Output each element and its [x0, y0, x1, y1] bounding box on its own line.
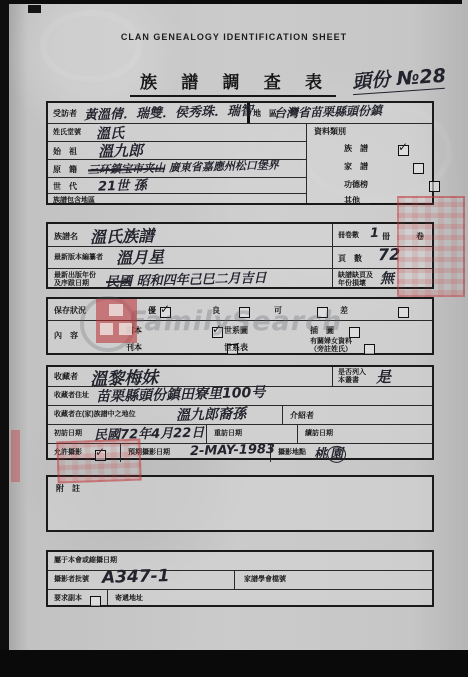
content-women-data-label: 有關婦女資料	[310, 338, 352, 346]
society-archive-label: 家譜學會檔號	[244, 576, 286, 584]
surname-hall-label: 姓氏堂號	[53, 129, 81, 137]
coverage-label: 族譜包含地區	[53, 197, 95, 205]
photo-place-label: 攝影地點	[278, 449, 306, 457]
society-block: 屬于本會或縮攝日期 攝影者批號 A347-1 家譜學會檔號 要求副本 寄遞地址	[46, 550, 434, 607]
included-label-line1: 是否列入	[338, 369, 366, 377]
content-label: 內 容	[54, 331, 78, 340]
sheet-number-handwritten: 頭份 №28	[351, 61, 445, 95]
content-printed-label: 刊本	[126, 343, 142, 352]
category-family-genealogy-label: 家 譜	[344, 162, 368, 171]
compiler-value: 溫月星	[116, 244, 165, 268]
circled-character: 園	[327, 446, 346, 463]
page-title: 族 譜 調 查 表	[130, 73, 336, 97]
scan-edge-top	[0, 0, 462, 4]
copy-request-checkbox	[90, 596, 101, 607]
generation-label: 世 代	[53, 182, 77, 191]
volumes-value: 1	[370, 226, 379, 241]
area-value: 台灣省苗栗縣頭份鎮	[274, 102, 382, 122]
revisit-label: 重訪日期	[214, 430, 242, 438]
volumes-unit-ce: 冊	[382, 232, 390, 241]
society-header: 屬于本會或縮攝日期	[54, 557, 117, 565]
missing-value: 無	[380, 268, 395, 288]
category-merit-board-label: 功德榜	[344, 180, 368, 189]
mailing-address-label: 寄遞地址	[115, 595, 143, 603]
red-square-seal	[96, 299, 137, 343]
compiler-label: 最新版本編纂者	[54, 254, 103, 262]
founder-label: 始 祖	[53, 147, 77, 156]
red-stamp-bottom-left	[56, 439, 141, 484]
introducer-label: 介紹者	[290, 411, 314, 420]
content-women-data-sub: （旁註姓氏）	[310, 346, 352, 354]
genealogy-name-label: 族譜名	[54, 232, 78, 241]
content-lineage-chart-checkbox	[349, 327, 360, 338]
scanned-genealogy-sheet: CLAN GENEALOGY IDENTIFICATION SHEET 族 譜 …	[0, 0, 468, 677]
missing-label-line2: 年份損壞	[338, 280, 366, 288]
notes-label: 附 註	[56, 484, 80, 493]
category-family-genealogy-checkbox	[413, 163, 424, 174]
founder-value: 溫九郎	[98, 139, 144, 161]
photo-date-value: 2-MAY-1983	[190, 442, 275, 459]
copy-request-label: 要求副本	[54, 595, 82, 603]
origin-label: 原 籍	[53, 165, 77, 174]
scan-corner-notch	[28, 5, 41, 13]
condition-poor-checkbox	[398, 307, 409, 318]
photographer-batch-label: 攝影者批號	[54, 576, 89, 584]
generation-value: 21世 孫	[98, 174, 147, 194]
photographer-batch-value: A347-1	[102, 566, 170, 588]
notes-block: 附 註	[46, 475, 434, 532]
english-title: CLAN GENEALOGY IDENTIFICATION SHEET	[0, 32, 468, 42]
pages-label: 頁 數	[338, 254, 362, 263]
pubdate-label-line2: 及序跋日期	[54, 280, 89, 288]
familysearch-watermark-text: FamilySearch	[128, 306, 342, 337]
red-mark-left-edge	[11, 430, 20, 482]
origin-text: 廣東省嘉應州松口堡界	[169, 159, 279, 175]
scan-edge-bottom	[0, 650, 468, 677]
category-merit-board-checkbox	[429, 181, 440, 192]
category-header: 資料類別	[314, 127, 346, 136]
included-value: 是	[376, 366, 392, 387]
category-clan-genealogy-label: 族 譜	[344, 144, 368, 153]
category-other-label: 其他	[344, 196, 360, 205]
scan-texture	[40, 10, 142, 82]
volumes-label: 冊卷數	[338, 232, 359, 240]
content-lineage-table-checkbox	[364, 344, 375, 355]
book-info-block: 族譜名 溫氏族譜 最新版本編纂者 溫月星 最新出版年份 及序跋日期 民國 昭和四…	[46, 222, 434, 289]
interviewee-label: 受訪者	[53, 109, 77, 118]
pubdate-value: 民國 昭和四年己巳二月吉日	[106, 267, 267, 290]
scan-edge-left	[0, 0, 9, 656]
holder-name-label: 收藏者	[54, 372, 78, 381]
basic-info-block: 受訪者 黃溫倩．瑞雙．侯秀珠．瑞智 地 區 台灣省苗栗縣頭份鎮 姓氏堂號 溫氏 …	[46, 101, 434, 205]
red-stamp-top-right	[397, 196, 465, 297]
included-label-line2: 本叢書	[338, 377, 359, 385]
category-clan-genealogy-checkbox: ✓	[398, 145, 409, 156]
holder-role-label: 收藏者在(家)族譜中之地位	[54, 411, 136, 419]
interviewee-value: 黃溫倩．瑞雙．侯秀珠．瑞智	[84, 100, 253, 123]
missing-label-line1: 缺譜缺頁及	[338, 272, 373, 280]
first-visit-label: 初訪日期	[54, 430, 82, 438]
followup-label: 續訪日期	[305, 430, 333, 438]
holder-address-label: 收藏者住址	[54, 392, 89, 400]
photo-place-value: 桃園	[314, 443, 347, 463]
pubdate-scribble: 民國	[106, 274, 132, 290]
content-lineage-table-label: 世系表	[224, 343, 248, 352]
pubdate-label-line1: 最新出版年份	[54, 272, 96, 280]
